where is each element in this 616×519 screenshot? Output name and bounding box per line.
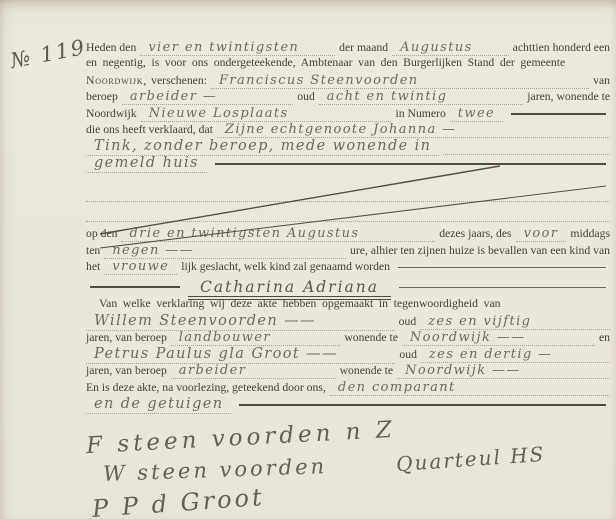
entry-day: vier en twintigsten <box>140 40 335 56</box>
printed-text: jaren, van beroep <box>86 364 167 377</box>
line-declarant: Noordwijk, verschenen: Franciscus Steenv… <box>86 73 610 89</box>
fill-rule <box>90 286 180 288</box>
printed-text: oud <box>399 315 417 328</box>
entry-house-number: twee <box>450 106 503 122</box>
entry-signing-parties: den comparant <box>330 380 610 396</box>
line-closing: En is deze akte, na voorlezing, geteeken… <box>86 380 610 396</box>
entry-gender: vrouwe <box>104 259 177 275</box>
entry-occupation: arbeider — <box>122 89 293 105</box>
printed-text: oud <box>399 348 417 361</box>
printed-text: Heden den <box>86 41 136 54</box>
printed-text: dezes jaars, des <box>439 227 511 240</box>
printed-text: achttien honderd een <box>513 41 610 54</box>
printed-text: van <box>593 74 610 87</box>
entry-month: Augustus <box>392 40 509 56</box>
printed-text: ure, alhier ten zijnen huize is bevallen… <box>350 244 610 257</box>
line-witness-intro: Van welke verklaring wij deze akte hebbe… <box>86 297 610 313</box>
entry-witness1-occupation: landbouwer <box>171 330 341 346</box>
printed-text: en <box>599 331 610 344</box>
signature-registrar: Quarteul HS <box>395 442 546 476</box>
line-address: Noordwijk Nieuwe Losplaats in Numero twe… <box>86 106 610 122</box>
blank-line <box>86 182 610 202</box>
line-witness2-details: jaren, van beroep arbeider wonende te No… <box>86 363 610 379</box>
line-birth-hour: ten negen —— ure, alhier ten zijnen huiz… <box>86 243 610 259</box>
entry-daypart: voor <box>516 226 567 242</box>
entry-witness2-residence: Noordwijk —— <box>397 363 610 379</box>
printed-text: op den <box>86 227 117 240</box>
line-year-officials: en negentig, is voor ons ondergeteekende… <box>86 56 610 72</box>
line-mother-continued: Tink, zonder beroep, mede wonende in <box>86 138 610 155</box>
printed-municipality: Noordwijk, <box>86 74 147 87</box>
line-birth-date: op den drie en twintigsten Augustus deze… <box>86 226 610 242</box>
printed-text: Van welke verklaring wij deze akte hebbe… <box>99 297 501 310</box>
line-mother-residence: gemeld huis <box>86 155 610 172</box>
printed-text: verschenen: <box>151 74 207 87</box>
fill-rule <box>399 287 606 288</box>
printed-text: beroep <box>86 90 118 103</box>
entry-birth-date: drie en twintigsten Augustus <box>121 226 435 242</box>
printed-text: die ons heeft verklaard, dat <box>86 123 213 136</box>
entry-street: Nieuwe Losplaats <box>141 106 392 122</box>
entry-witness2-name: Petrus Paulus gla Groot —— <box>86 346 395 364</box>
entry-age: acht en twintig <box>319 89 523 105</box>
entry-mother-residence: gemeld huis <box>86 155 207 173</box>
signature-witness-2: P P d Groot <box>91 483 265 519</box>
printed-text: oud <box>297 90 315 103</box>
entry-witness1-residence: Noordwijk —— <box>402 330 595 346</box>
entry-declarant-name: Franciscus Steenvoorden <box>211 73 589 89</box>
printed-text: wonende te <box>344 331 398 344</box>
entry-mother-details: Tink, zonder beroep, mede wonende in <box>86 138 439 156</box>
printed-text: wonende te <box>340 364 394 377</box>
entry-witness2-age: zes en dertig — <box>421 347 610 363</box>
fill-rule <box>511 113 606 115</box>
line-witness1-details: jaren, van beroep landbouwer wonende te … <box>86 330 610 346</box>
printed-text: Noordwijk <box>86 107 137 120</box>
signature-declarant: F steen voorden n Z <box>86 417 397 459</box>
line-date-opening: Heden den vier en twintigsten der maand … <box>86 40 610 56</box>
printed-text: en negentig, is voor ons ondergeteekende… <box>86 56 565 69</box>
document-body: Heden den vier en twintigsten der maand … <box>86 40 610 413</box>
printed-text: middags <box>570 227 610 240</box>
line-closing-continued: en de getuigen <box>86 396 610 413</box>
line-child-name: Catharina Adriana <box>86 278 610 297</box>
entry-witness1-age: zes en vijftig <box>420 314 610 330</box>
printed-text: jaren, wonende te <box>527 90 610 103</box>
line-declaration: die ons heeft verklaard, dat Zijne echtg… <box>86 122 610 138</box>
printed-text: het <box>86 260 100 273</box>
dotted-rule <box>443 151 610 155</box>
blank-line <box>86 202 610 222</box>
entry-birth-hour: negen —— <box>104 243 346 259</box>
printed-text: in Numero <box>395 107 445 120</box>
fill-rule <box>398 267 606 268</box>
entry-witness2-occupation: arbeider <box>171 363 336 379</box>
printed-text: der maand <box>339 41 388 54</box>
signature-witness-1: W steen voorden <box>103 454 328 486</box>
line-gender: het vrouwe lijk geslacht, welk kind zal … <box>86 259 610 275</box>
line-witness2-name: Petrus Paulus gla Groot —— oud zes en de… <box>86 346 610 363</box>
entry-signing-parties-continued: en de getuigen <box>86 396 231 414</box>
printed-text: ten <box>86 244 100 257</box>
document-page: № 119 Heden den vier en twintigsten der … <box>0 0 616 519</box>
printed-text: lijk geslacht, welk kind zal genaamd wor… <box>181 260 390 273</box>
entry-mother-name: Zijne echtgenoote Johanna — <box>217 122 610 138</box>
fill-rule <box>215 163 606 165</box>
fill-rule <box>239 404 606 406</box>
entry-witness1-name: Willem Steenvoorden —— <box>86 313 395 331</box>
line-witness1-name: Willem Steenvoorden —— oud zes en vijfti… <box>86 313 610 330</box>
printed-text: jaren, van beroep <box>86 331 167 344</box>
act-number: № 119 <box>8 35 88 73</box>
printed-text: En is deze akte, na voorlezing, geteeken… <box>86 381 326 394</box>
line-occupation-age: beroep arbeider — oud acht en twintig ja… <box>86 89 610 105</box>
